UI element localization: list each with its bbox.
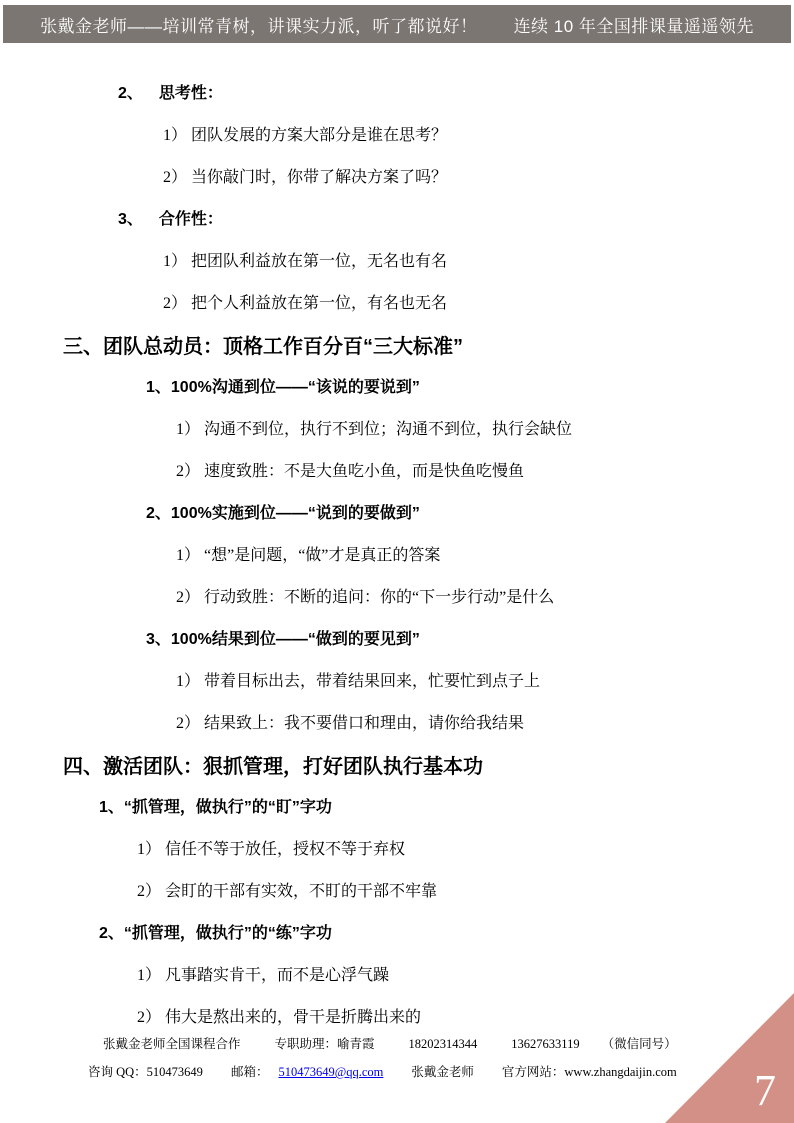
outline-item: 2） 把个人利益放在第一位，有名也无名 [163,293,794,315]
footer-email-label: 邮箱： [231,1064,269,1080]
subsection-heading-ding: 1、“抓管理，做执行”的“盯”字功 [99,797,794,819]
footer-line-1: 张戴金老师全国课程合作 专职助理：喻青霞 18202314344 1362763… [0,1036,794,1052]
header-slogan-right: 连续 10 年全国排课量遥遥领先 [514,12,754,37]
page-number: 7 [754,1069,776,1113]
header-slogan-left: 张戴金老师——培训常青树，讲课实力派，听了都说好！ [40,12,478,37]
footer-email-group: 邮箱： 510473649@qq.com [231,1064,383,1080]
outline-heading-cooperation: 3、 合作性： [118,209,794,231]
outline-item: 1） 团队发展的方案大部分是谁在思考？ [163,125,794,147]
outline-item: 2） 行动致胜：不断的追问：你的“下一步行动”是什么 [176,587,794,609]
footer-line-2: 咨询 QQ：510473649 邮箱： 510473649@qq.com 张戴金… [0,1064,794,1080]
footer-teacher-name: 张戴金老师 [411,1064,474,1080]
outline-item: 1） 沟通不到位，执行不到位；沟通不到位，执行会缺位 [176,419,794,441]
outline-heading-title: 思考性： [159,83,223,105]
outline-heading-number: 2、 [118,83,143,105]
footer-cooperation-text: 张戴金老师全国课程合作 [103,1036,241,1052]
outline-body: 2、 思考性： 1） 团队发展的方案大部分是谁在思考？ 2） 当你敲门时，你带了… [0,45,794,1049]
outline-item: 2） 伟大是熬出来的，骨干是折腾出来的 [137,1007,794,1029]
page-footer: 张戴金老师全国课程合作 专职助理：喻青霞 18202314344 1362763… [0,1036,794,1080]
outline-item: 2） 速度致胜：不是大鱼吃小鱼，而是快鱼吃慢鱼 [176,461,794,483]
subsection-heading-lian: 2、“抓管理，做执行”的“练”字功 [99,923,794,945]
outline-item: 1） 凡事踏实肯干，而不是心浮气躁 [137,965,794,987]
footer-website-text: 官方网站：www.zhangdaijin.com [502,1064,677,1080]
footer-phone-2: 13627633119 [511,1036,579,1052]
outline-heading-title: 合作性： [159,209,223,231]
footer-qq-text: 咨询 QQ：510473649 [88,1064,203,1080]
document-page: 张戴金老师——培训常青树，讲课实力派，听了都说好！ 连续 10 年全国排课量遥遥… [0,0,794,1123]
footer-wechat-note: （微信同号） [602,1036,677,1052]
email-link[interactable]: 510473649@qq.com [278,1064,383,1080]
subsection-heading-results: 3、100%结果到位——“做到的要见到” [146,629,794,651]
outline-item: 1） “想”是问题，“做”才是真正的答案 [176,545,794,567]
outline-item: 1） 把团队利益放在第一位，无名也有名 [163,251,794,273]
footer-phone-1: 18202314344 [409,1036,478,1052]
outline-heading-thinking: 2、 思考性： [118,83,794,105]
section-heading-three: 三、团队总动员：顶格工作百分百“三大标准” [63,335,794,359]
section-heading-four: 四、激活团队：狠抓管理，打好团队执行基本功 [63,755,794,779]
outline-item: 2） 会盯的干部有实效，不盯的干部不牢靠 [137,881,794,903]
outline-item: 1） 信任不等于放任，授权不等于弃权 [137,839,794,861]
subsection-heading-implementation: 2、100%实施到位——“说到的要做到” [146,503,794,525]
outline-item: 2） 结果致上：我不要借口和理由，请你给我结果 [176,713,794,735]
outline-item: 2） 当你敲门时，你带了解决方案了吗？ [163,167,794,189]
footer-assistant-text: 专职助理：喻青霞 [275,1036,375,1052]
outline-heading-number: 3、 [118,209,143,231]
header-banner: 张戴金老师——培训常青树，讲课实力派，听了都说好！ 连续 10 年全国排课量遥遥… [3,5,791,43]
outline-item: 1） 带着目标出去，带着结果回来，忙要忙到点子上 [176,671,794,693]
subsection-heading-communication: 1、100%沟通到位——“该说的要说到” [146,377,794,399]
